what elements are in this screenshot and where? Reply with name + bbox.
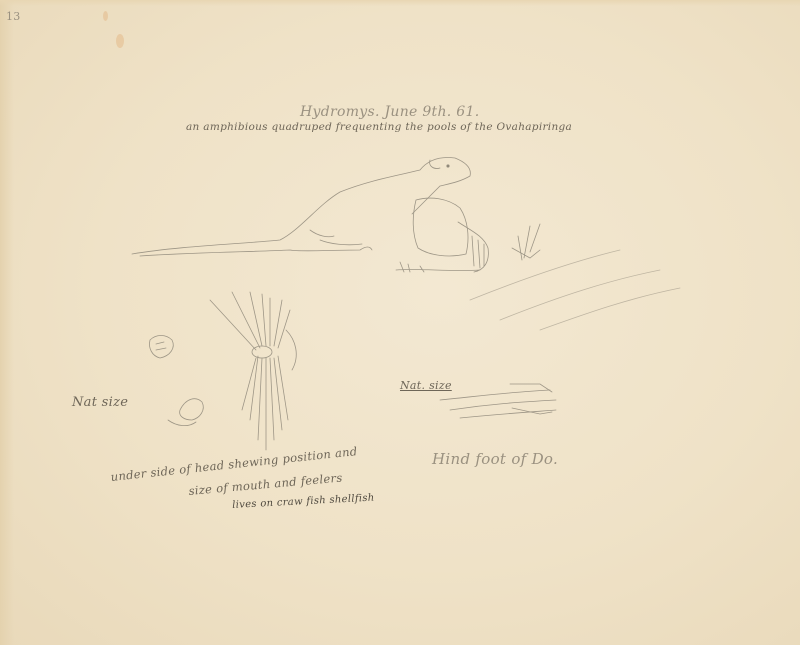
- sketchbook-page: 13 Hydromys. June 9th. 61. an amphibious…: [0, 0, 800, 645]
- hind-foot-drawing: [440, 384, 556, 418]
- water-rat-drawing: [132, 158, 470, 257]
- terrain-drawing: [470, 250, 680, 330]
- rocks-drawing: [396, 198, 540, 272]
- front-paws-drawing: [149, 336, 203, 426]
- pencil-drawings: [0, 0, 800, 645]
- head-underside-drawing: [210, 292, 296, 450]
